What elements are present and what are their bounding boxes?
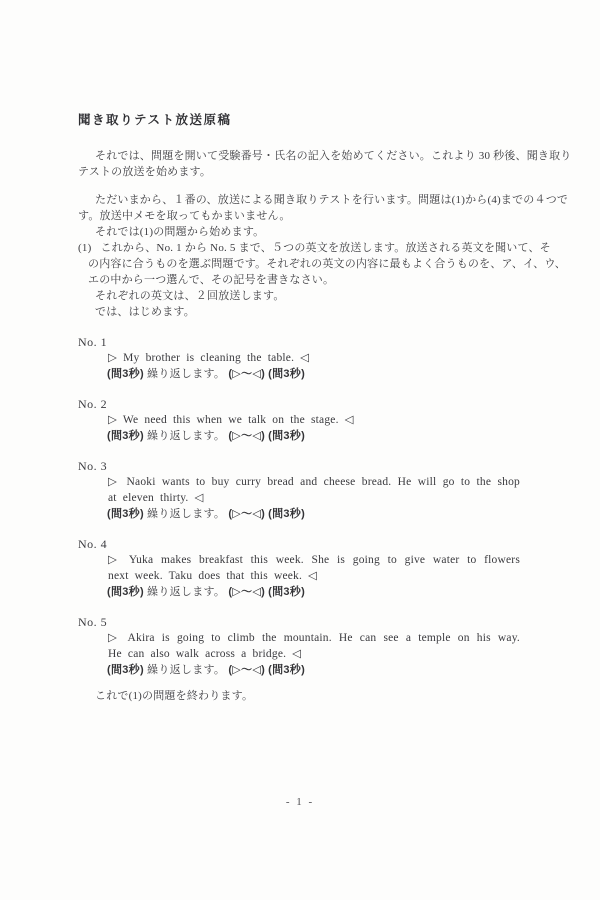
text-line: ただいまから、１番の、放送による聞き取りテストを行います。問題は(1)から(4)… — [78, 192, 530, 208]
pause-line: (間3秒) 繰り返します。 (▷～◁) (間3秒) — [107, 662, 530, 678]
listening-item-1: No. 1 ▷ My brother is cleaning the table… — [78, 334, 530, 382]
english-sentence-line: next week. Taku does that this week. ◁ — [108, 568, 520, 584]
repeat-token: 繰り返します。 — [147, 586, 225, 598]
playback-range-token: (▷～◁) — [228, 586, 265, 598]
item-label: No. 5 — [78, 614, 530, 630]
playback-range-token: (▷～◁) — [228, 508, 265, 520]
repeat-token: 繰り返します。 — [147, 368, 225, 380]
pause-token: (間3秒) — [268, 368, 305, 380]
pause-token: (間3秒) — [107, 508, 144, 520]
english-sentence-line: ▷ My brother is cleaning the table. ◁ — [108, 350, 520, 366]
text-line: それでは(1)の問題から始めます。 — [78, 224, 530, 240]
listening-item-5: No. 5 ▷ Akira is going to climb the moun… — [78, 614, 530, 678]
document-page: 聞き取りテスト放送原稿 それでは、問題を開いて受験番号・氏名の記入を始めてくださ… — [0, 0, 600, 900]
text-line: (1)これから、No. 1 から No. 5 まで、５つの英文を放送します。放送… — [78, 240, 530, 256]
item-label: No. 3 — [78, 458, 530, 474]
closing-line: これで(1)の問題を終わります。 — [78, 688, 530, 704]
pause-line: (間3秒) 繰り返します。 (▷～◁) (間3秒) — [107, 428, 530, 444]
pause-token: (間3秒) — [107, 430, 144, 442]
document-title: 聞き取りテスト放送原稿 — [78, 112, 530, 128]
text-line: す。放送中メモを取ってもかまいません。 — [78, 208, 530, 224]
text-line: それぞれの英文は、２回放送します。 — [78, 288, 530, 304]
english-sentence-line: at eleven thirty. ◁ — [108, 490, 520, 506]
playback-range-token: (▷～◁) — [228, 430, 265, 442]
pause-line: (間3秒) 繰り返します。 (▷～◁) (間3秒) — [107, 366, 530, 382]
pause-token: (間3秒) — [107, 368, 144, 380]
question-1-marker: (1) — [78, 242, 91, 254]
text-line: それでは、問題を開いて受験番号・氏名の記入を始めてください。これより 30 秒後… — [78, 148, 530, 164]
item-label: No. 4 — [78, 536, 530, 552]
intro-paragraph-2: ただいまから、１番の、放送による聞き取りテストを行います。問題は(1)から(4)… — [78, 192, 530, 240]
pause-token: (間3秒) — [268, 430, 305, 442]
text-line: の内容に合うものを選ぶ問題です。それぞれの英文の内容に最もよく合うものを、ア、イ… — [78, 256, 530, 272]
english-sentence-line: ▷ Naoki wants to buy curry bread and che… — [108, 474, 520, 490]
pause-token: (間3秒) — [107, 664, 144, 676]
english-sentence-line: ▷ Yuka makes breakfast this week. She is… — [108, 552, 520, 568]
english-sentence-line: He can also walk across a bridge. ◁ — [108, 646, 520, 662]
english-sentence-line: ▷ We need this when we talk on the stage… — [108, 412, 520, 428]
question-1-instructions: (1)これから、No. 1 から No. 5 まで、５つの英文を放送します。放送… — [78, 240, 530, 320]
item-label: No. 2 — [78, 396, 530, 412]
item-label: No. 1 — [78, 334, 530, 350]
pause-token: (間3秒) — [268, 508, 305, 520]
document-content: 聞き取りテスト放送原稿 それでは、問題を開いて受験番号・氏名の記入を始めてくださ… — [78, 112, 530, 704]
pause-token: (間3秒) — [107, 586, 144, 598]
repeat-token: 繰り返します。 — [147, 664, 225, 676]
pause-line: (間3秒) 繰り返します。 (▷～◁) (間3秒) — [107, 584, 530, 600]
playback-range-token: (▷～◁) — [228, 368, 265, 380]
playback-range-token: (▷～◁) — [228, 664, 265, 676]
text-line: テストの放送を始めます。 — [78, 164, 530, 180]
listening-item-2: No. 2 ▷ We need this when we talk on the… — [78, 396, 530, 444]
pause-line: (間3秒) 繰り返します。 (▷～◁) (間3秒) — [107, 506, 530, 522]
pause-token: (間3秒) — [268, 586, 305, 598]
repeat-token: 繰り返します。 — [147, 508, 225, 520]
page-number: - 1 - — [0, 796, 600, 808]
listening-item-4: No. 4 ▷ Yuka makes breakfast this week. … — [78, 536, 530, 600]
intro-paragraph-1: それでは、問題を開いて受験番号・氏名の記入を始めてください。これより 30 秒後… — [78, 148, 530, 180]
text-segment: これから、No. 1 から No. 5 まで、５つの英文を放送します。放送される… — [100, 242, 550, 254]
text-line: エの中から一つ選んで、その記号を書きなさい。 — [78, 272, 530, 288]
repeat-token: 繰り返します。 — [147, 430, 225, 442]
text-line: では、はじめます。 — [78, 304, 530, 320]
listening-item-3: No. 3 ▷ Naoki wants to buy curry bread a… — [78, 458, 530, 522]
english-sentence-line: ▷ Akira is going to climb the mountain. … — [108, 630, 520, 646]
pause-token: (間3秒) — [268, 664, 305, 676]
